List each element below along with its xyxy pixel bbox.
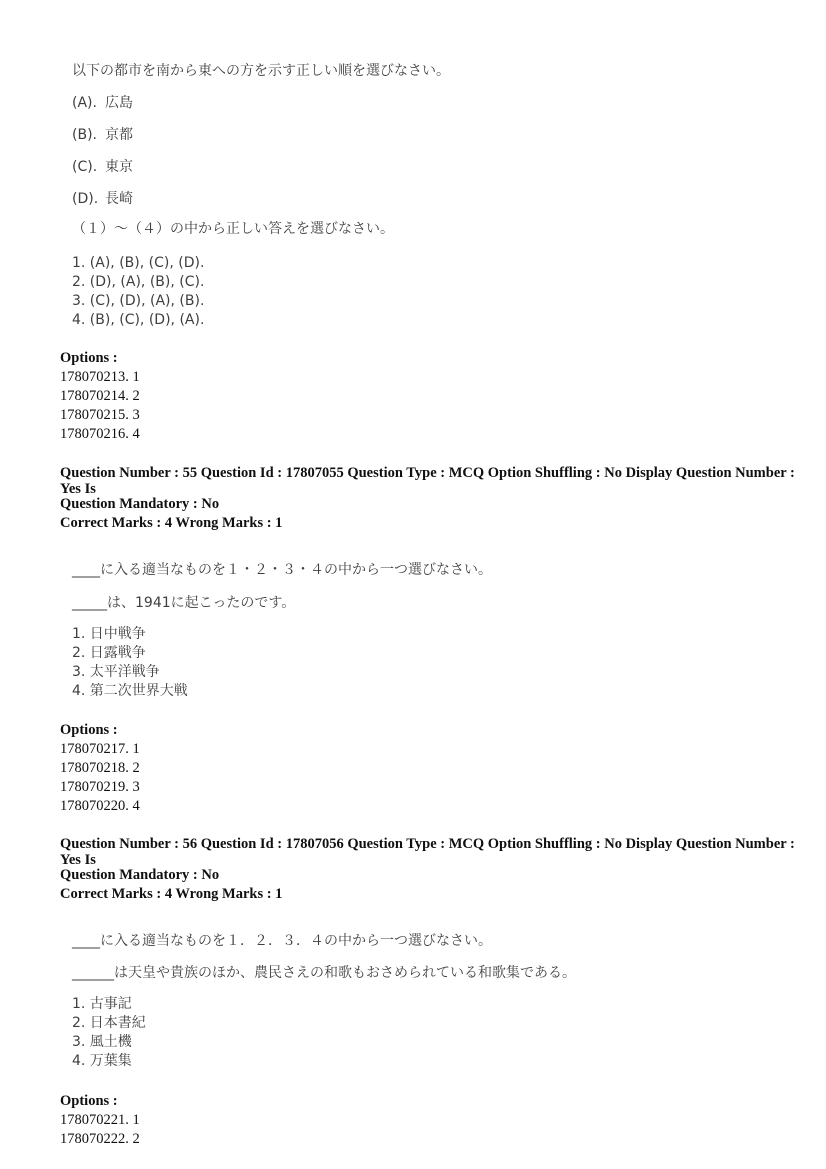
question-metadata-line: Question Number : 55 Question Id : 17807… <box>60 466 796 497</box>
choice-1: 1. 日中戦争 <box>72 625 826 644</box>
item-text: 広島 <box>105 95 133 111</box>
marks-line: Correct Marks : 4 Wrong Marks : 1 <box>60 887 796 903</box>
options-heading: Options : <box>60 349 826 368</box>
question-54-item-b: (B).京都 <box>72 126 826 144</box>
choice-4: 4. 万葉集 <box>72 1052 826 1071</box>
option-id-row: 178070221. 1 <box>60 1111 826 1130</box>
option-id-row: 178070213. 1 <box>60 368 826 387</box>
exam-question-paper-page: 以下の都市を南から東への方を示す正しい順を選びなさい。 (A).広島 (B).京… <box>0 0 826 1169</box>
item-label: (D). <box>72 190 105 208</box>
option-id-row: 178070219. 3 <box>60 778 826 797</box>
question-55-block: Question Number : 55 Question Id : 17807… <box>0 466 826 816</box>
item-text: 京都 <box>105 127 133 143</box>
choice-3: 3. (C), (D), (A), (B). <box>72 292 826 311</box>
option-id-row: 178070217. 1 <box>60 740 826 759</box>
choice-4: 4. (B), (C), (D), (A). <box>72 311 826 330</box>
choice-1: 1. (A), (B), (C), (D). <box>72 254 826 273</box>
choice-2: 2. 日本書紀 <box>72 1014 826 1033</box>
item-label: (A). <box>72 94 105 112</box>
option-id-row: 178070218. 2 <box>60 759 826 778</box>
choice-3: 3. 風土機 <box>72 1033 826 1052</box>
item-label: (C). <box>72 158 105 176</box>
item-text: 長崎 <box>105 191 133 207</box>
choice-2: 2. 日露戦争 <box>72 644 826 663</box>
choice-4: 4. 第二次世界大戦 <box>72 682 826 701</box>
question-55-instruction: ____に入る適当なものを１・２・３・４の中から一つ選びなさい。 <box>72 561 826 579</box>
option-id-row: 178070222. 2 <box>60 1130 826 1149</box>
question-54-prompt: 以下の都市を南から東への方を示す正しい順を選びなさい。 <box>72 62 826 80</box>
option-id-row: 178070216. 4 <box>60 425 826 444</box>
question-55-prompt: _____は、1941に起こったのです。 <box>72 594 826 612</box>
option-id-row: 178070215. 3 <box>60 406 826 425</box>
question-56-block: Question Number : 56 Question Id : 17807… <box>0 837 826 1149</box>
question-54-item-d: (D).長崎 <box>72 190 826 208</box>
question-56-choices: 1. 古事記 2. 日本書紀 3. 風土機 4. 万葉集 <box>0 995 826 1071</box>
choice-3: 3. 太平洋戦争 <box>72 663 826 682</box>
options-heading: Options : <box>60 721 826 740</box>
item-text: 東京 <box>105 159 133 175</box>
question-54-block: 以下の都市を南から東への方を示す正しい順を選びなさい。 (A).広島 (B).京… <box>0 62 826 444</box>
question-54-instruction: （１）～（４）の中から正しい答えを選びなさい。 <box>72 220 826 238</box>
question-metadata-line: Question Mandatory : No <box>60 497 796 513</box>
marks-line: Correct Marks : 4 Wrong Marks : 1 <box>60 516 796 532</box>
options-heading: Options : <box>60 1092 826 1111</box>
question-54-item-c: (C).東京 <box>72 158 826 176</box>
question-metadata-line: Question Mandatory : No <box>60 868 796 884</box>
item-label: (B). <box>72 126 105 144</box>
question-56-header: Question Number : 56 Question Id : 17807… <box>0 837 826 902</box>
question-56-prompt: ______は天皇や貴族のほか、農民さえの和歌もおさめられている和歌集である。 <box>72 964 826 982</box>
question-56-instruction: ____に入る適当なものを１．２．３．４の中から一つ選びなさい。 <box>72 932 826 950</box>
question-56-options: Options : 178070221. 1 178070222. 2 <box>0 1092 826 1149</box>
question-55-options: Options : 178070217. 1 178070218. 2 1780… <box>0 721 826 816</box>
question-55-header: Question Number : 55 Question Id : 17807… <box>0 466 826 531</box>
question-54-choices: 1. (A), (B), (C), (D). 2. (D), (A), (B),… <box>0 254 826 330</box>
question-metadata-line: Question Number : 56 Question Id : 17807… <box>60 837 796 868</box>
option-id-row: 178070220. 4 <box>60 797 826 816</box>
choice-1: 1. 古事記 <box>72 995 826 1014</box>
question-54-item-a: (A).広島 <box>72 94 826 112</box>
option-id-row: 178070214. 2 <box>60 387 826 406</box>
question-55-choices: 1. 日中戦争 2. 日露戦争 3. 太平洋戦争 4. 第二次世界大戦 <box>0 625 826 701</box>
choice-2: 2. (D), (A), (B), (C). <box>72 273 826 292</box>
question-54-options: Options : 178070213. 1 178070214. 2 1780… <box>0 349 826 444</box>
